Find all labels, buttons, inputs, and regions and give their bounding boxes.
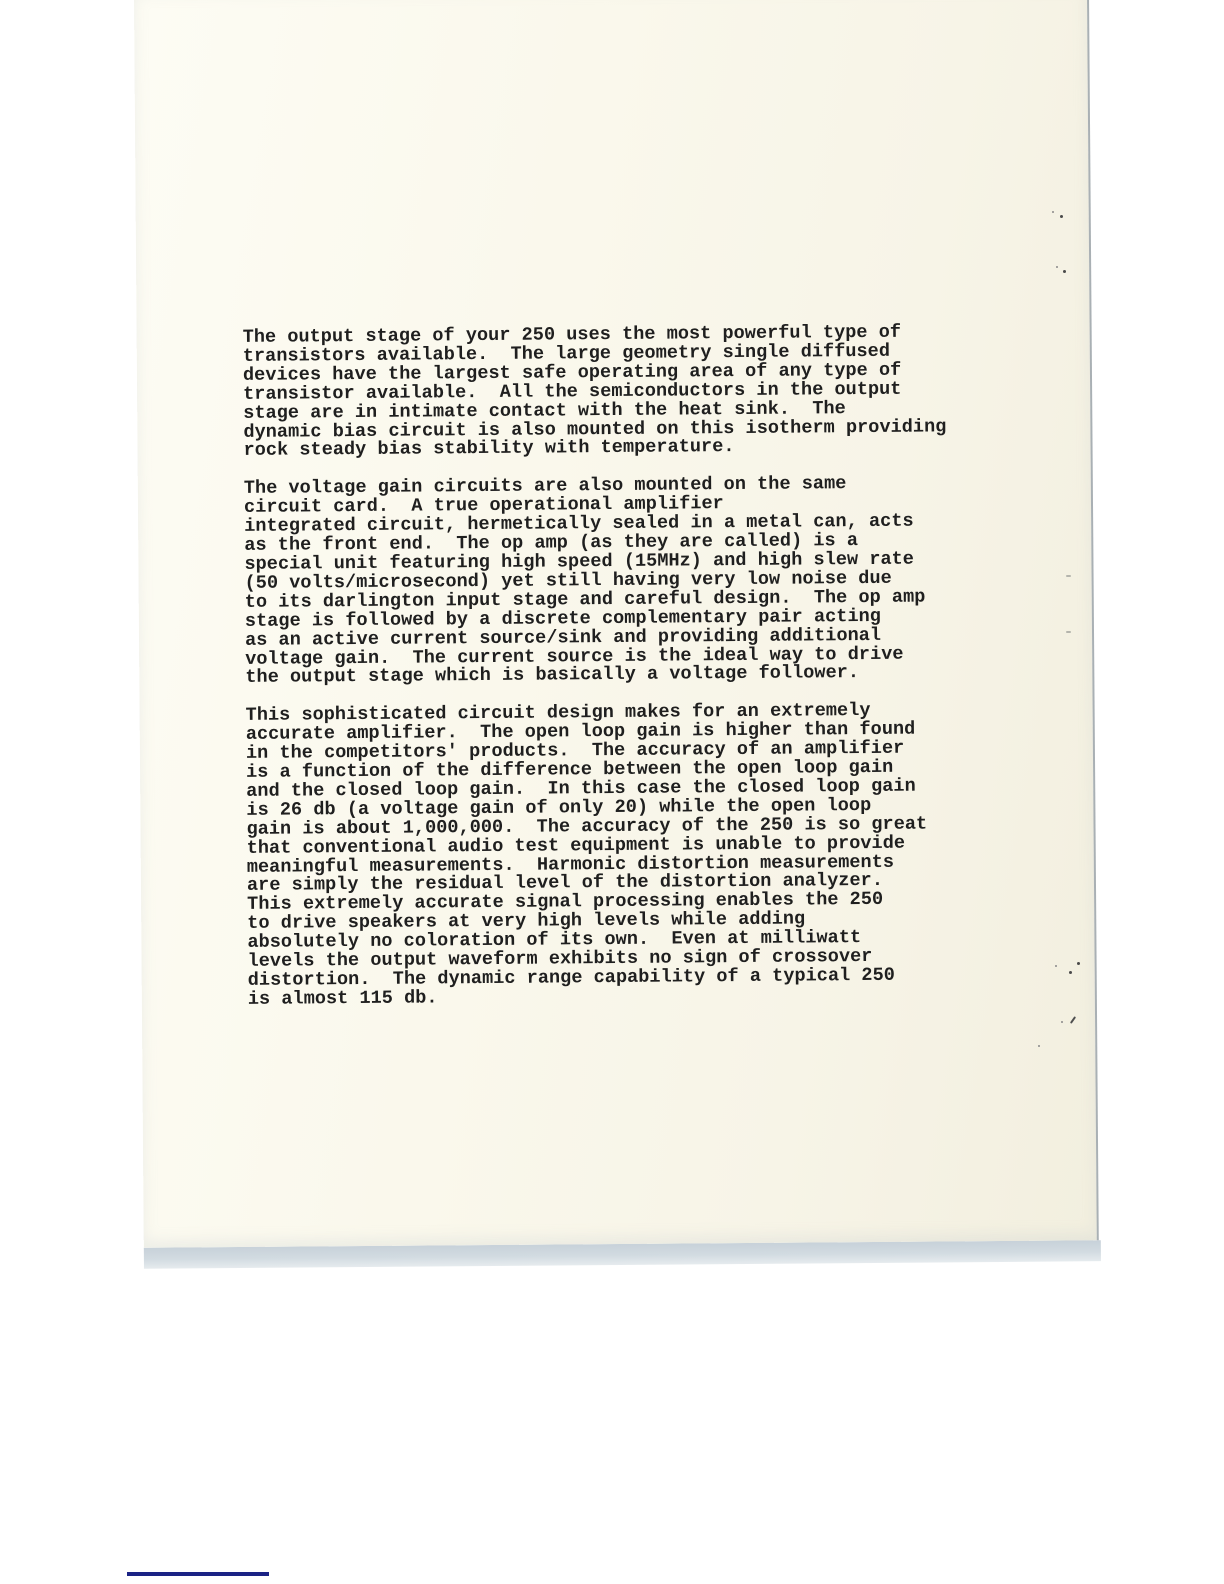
scan-speck [1077,962,1080,965]
scan-speck [1069,971,1072,974]
typed-paragraph-2: The voltage gain circuits are also mount… [244,474,1016,688]
paper-sheet: The output stage of your 250 uses the mo… [134,0,1099,1248]
scan-speck [1066,631,1071,633]
scan-speck [1056,266,1058,268]
scan-background: The output stage of your 250 uses the mo… [0,0,1224,1584]
scan-speck [1060,215,1063,218]
scan-speck [1061,1021,1063,1023]
scan-speck [1038,1045,1040,1047]
scan-speck [1052,211,1054,213]
footer-rule [127,1572,269,1576]
scan-speck [1063,270,1066,273]
typed-paragraph-3: This sophisticated circuit design makes … [246,701,1018,1010]
typed-paragraph-1: The output stage of your 250 uses the mo… [243,323,1014,461]
scan-speck [1066,575,1071,577]
typed-text-block: The output stage of your 250 uses the mo… [243,323,1018,1029]
scanned-page: The output stage of your 250 uses the mo… [134,0,1097,1269]
scan-speck [1055,965,1057,967]
